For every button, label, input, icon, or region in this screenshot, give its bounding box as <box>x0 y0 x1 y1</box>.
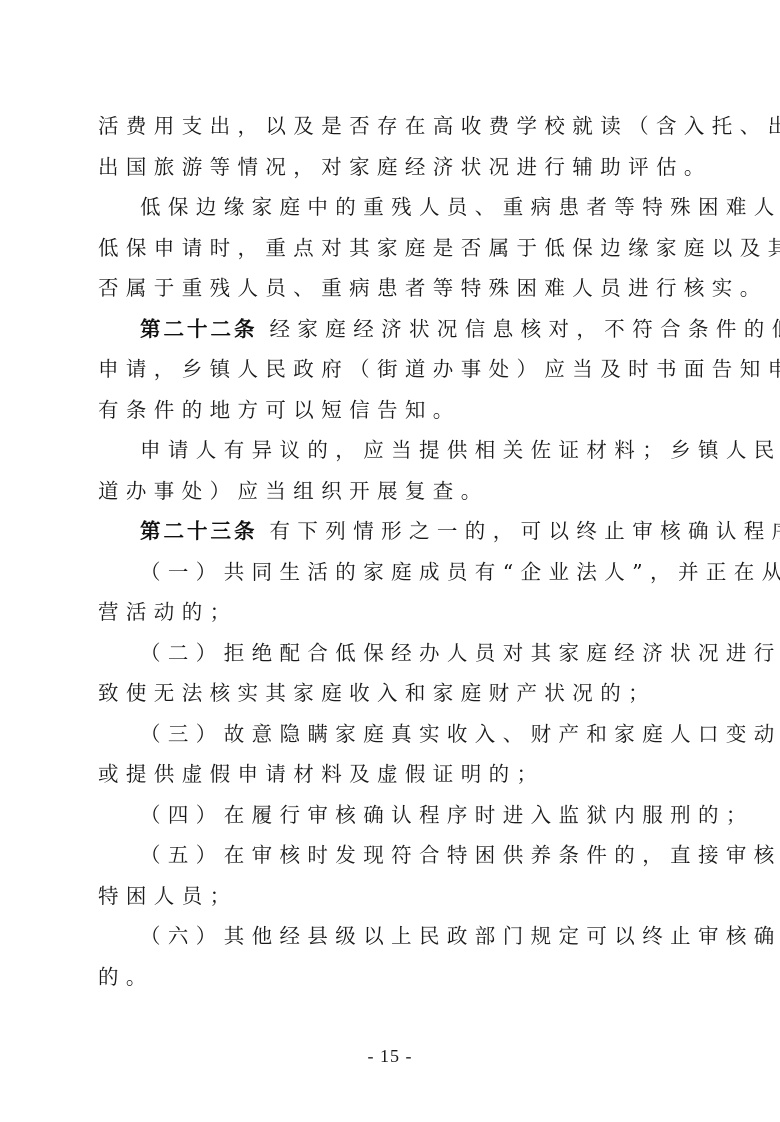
text-line: 或提供虚假申请材料及虚假证明的； <box>98 754 698 795</box>
text-line: 道办事处）应当组织开展复查。 <box>98 471 698 512</box>
text-line: 有条件的地方可以短信告知。 <box>98 390 698 431</box>
list-item-5-line: （五）在审核时发现符合特困供养条件的，直接审核确认为 <box>98 835 698 876</box>
line-text: 活费用支出，以及是否存在高收费学校就读（含入托、出国留学）、 <box>98 114 780 138</box>
line-text: 经家庭经济状况信息核对，不符合条件的低保 <box>270 317 780 341</box>
text-line: 否属于重残人员、重病患者等特殊困难人员进行核实。 <box>98 268 698 309</box>
text-line: 致使无法核实其家庭收入和家庭财产状况的； <box>98 673 698 714</box>
line-text: 申请，乡镇人民政府（街道办事处）应当及时书面告知申请人， <box>98 357 780 381</box>
article-23-line: 第二十三条有下列情形之一的，可以终止审核确认程序： <box>98 511 698 552</box>
text-line: 低保申请时，重点对其家庭是否属于低保边缘家庭以及其本人是 <box>98 228 698 269</box>
paragraph-start-line: 申请人有异议的，应当提供相关佐证材料；乡镇人民政府（街 <box>98 430 698 471</box>
line-text: 申请人有异议的，应当提供相关佐证材料；乡镇人民政府（街 <box>140 438 780 462</box>
line-text: 有下列情形之一的，可以终止审核确认程序： <box>270 519 780 543</box>
line-text: 有条件的地方可以短信告知。 <box>98 398 461 422</box>
text-line: 申请，乡镇人民政府（街道办事处）应当及时书面告知申请人， <box>98 349 698 390</box>
line-text: 低保边缘家庭中的重残人员、重病患者等特殊困难人员提出 <box>140 195 780 219</box>
line-text: 营活动的； <box>98 600 238 624</box>
line-text: 否属于重残人员、重病患者等特殊困难人员进行核实。 <box>98 276 768 300</box>
document-body: 活费用支出，以及是否存在高收费学校就读（含入托、出国留学）、 出国旅游等情况，对… <box>98 106 698 997</box>
line-text: 出国旅游等情况，对家庭经济状况进行辅助评估。 <box>98 155 712 179</box>
text-line: 活费用支出，以及是否存在高收费学校就读（含入托、出国留学）、 <box>98 106 698 147</box>
page-number: - 15 - <box>0 1046 780 1067</box>
document-page: 活费用支出，以及是否存在高收费学校就读（含入托、出国留学）、 出国旅游等情况，对… <box>0 0 780 1122</box>
list-item-4-line: （四）在履行审核确认程序时进入监狱内服刑的； <box>98 795 698 836</box>
list-item-6-line: （六）其他经县级以上民政部门规定可以终止审核确认程序 <box>98 916 698 957</box>
line-text: 的。 <box>98 965 154 989</box>
article-22-line: 第二十二条经家庭经济状况信息核对，不符合条件的低保 <box>98 309 698 350</box>
article-number-heading: 第二十二条 <box>140 317 258 341</box>
paragraph-start-line: 低保边缘家庭中的重残人员、重病患者等特殊困难人员提出 <box>98 187 698 228</box>
list-item-2-line: （二）拒绝配合低保经办人员对其家庭经济状况进行调查， <box>98 633 698 674</box>
line-text: 低保申请时，重点对其家庭是否属于低保边缘家庭以及其本人是 <box>98 236 780 260</box>
text-line: 的。 <box>98 957 698 998</box>
line-text: 或提供虚假申请材料及虚假证明的； <box>98 762 544 786</box>
line-text: （五）在审核时发现符合特困供养条件的，直接审核确认为 <box>140 843 780 867</box>
line-text: 致使无法核实其家庭收入和家庭财产状况的； <box>98 681 656 705</box>
article-number-heading: 第二十三条 <box>140 519 258 543</box>
list-item-1-line: （一）共同生活的家庭成员有“企业法人”，并正在从事经 <box>98 552 698 593</box>
line-text: （六）其他经县级以上民政部门规定可以终止审核确认程序 <box>140 924 780 948</box>
text-line: 特困人员； <box>98 876 698 917</box>
list-item-3-line: （三）故意隐瞒家庭真实收入、财产和家庭人口变动情况， <box>98 714 698 755</box>
line-text: 道办事处）应当组织开展复查。 <box>98 479 489 503</box>
text-line: 出国旅游等情况，对家庭经济状况进行辅助评估。 <box>98 147 698 188</box>
line-text: （一）共同生活的家庭成员有“企业法人”，并正在从事经 <box>140 560 780 584</box>
line-text: （四）在履行审核确认程序时进入监狱内服刑的； <box>140 803 754 827</box>
line-text: （三）故意隐瞒家庭真实收入、财产和家庭人口变动情况， <box>140 722 780 746</box>
line-text: 特困人员； <box>98 884 238 908</box>
line-text: （二）拒绝配合低保经办人员对其家庭经济状况进行调查， <box>140 641 780 665</box>
text-line: 营活动的； <box>98 592 698 633</box>
